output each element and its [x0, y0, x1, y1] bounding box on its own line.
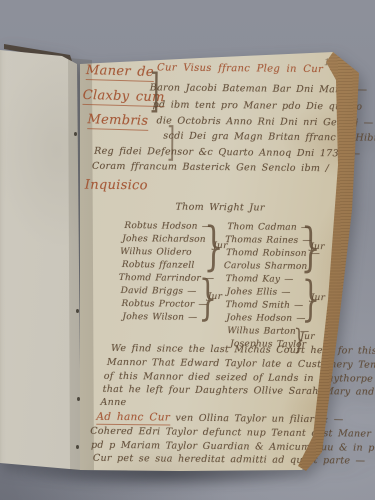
jury-foreman: Thom Wright Jur: [176, 202, 265, 214]
juror-name: Robtus Proctor —: [121, 299, 207, 310]
margin-note-line: Membris: [87, 112, 148, 131]
court-heading-line: Baron Jacobi Bateman Bar Dni Maner —: [150, 82, 368, 95]
juror-name: Thom Cadman —: [227, 222, 310, 233]
presentment-line: of this Mannor died seized of Lands in H…: [104, 371, 375, 385]
jur-mark: Jur: [311, 293, 326, 303]
court-heading-line: pd ibm tent pro Maner pdo Die quarto: [153, 99, 363, 112]
jur-mark: Jur: [310, 242, 325, 252]
jur-mark: Jur: [300, 332, 315, 342]
admission-lead: Ad hanc Cur: [96, 411, 170, 426]
juror-name: Thomd Kay —: [226, 274, 294, 285]
juror-name: Johes Wilson —: [122, 312, 197, 323]
admission-line: Cohered Edri Taylor defunct nup Tenant c…: [90, 426, 375, 440]
admission-line: Cur pet se sua hereditat admitti ad quar…: [93, 453, 366, 467]
juror-name: Wilhus Olidero: [120, 247, 192, 258]
juror-name: Johes Richardson: [122, 234, 206, 245]
photo-background: 1 Maner de Claxby cum Membris ] ] Cur Vi…: [0, 0, 375, 500]
juror-name: Thomas Raines —: [225, 235, 312, 246]
juror-name: Johes Ellis —: [227, 287, 291, 298]
juror-name: Carolus Sharmon: [224, 261, 308, 272]
section-label-inquisitio: Inquisico: [85, 178, 148, 194]
jur-mark: Jur: [208, 292, 223, 302]
court-heading-line: Reg fidei Defensor &c Quarto Annoq Dni 1…: [94, 146, 360, 160]
presentment-line: that he left four Daughters Ollive Sarah…: [103, 384, 375, 398]
court-heading-line: Cur Visus ffranc Pleg in Cur —: [157, 62, 340, 75]
juror-name: Thomd Smith —: [225, 300, 303, 311]
margin-note-line: Maner de: [86, 63, 154, 82]
court-heading-line: Coram ffrancum Basterick Gen Senclo ibm …: [92, 161, 329, 174]
admission-line: pd p Mariam Taylor Guardian & Amicum suu…: [91, 440, 375, 454]
juror-name: David Briggs —: [121, 286, 197, 297]
admission-line: Ad hanc Cur ven Ollina Taylor un filiar …: [96, 411, 343, 426]
juror-name: Robtus Hodson —: [124, 221, 211, 232]
presentment-line: Mannor That Edward Taylor late a Custome…: [107, 357, 375, 371]
presentment-line: Anne: [100, 397, 126, 408]
manuscript-book: 1 Maner de Claxby cum Membris ] ] Cur Vi…: [0, 0, 375, 500]
juror-name: Robtus ffanzell: [122, 260, 195, 271]
